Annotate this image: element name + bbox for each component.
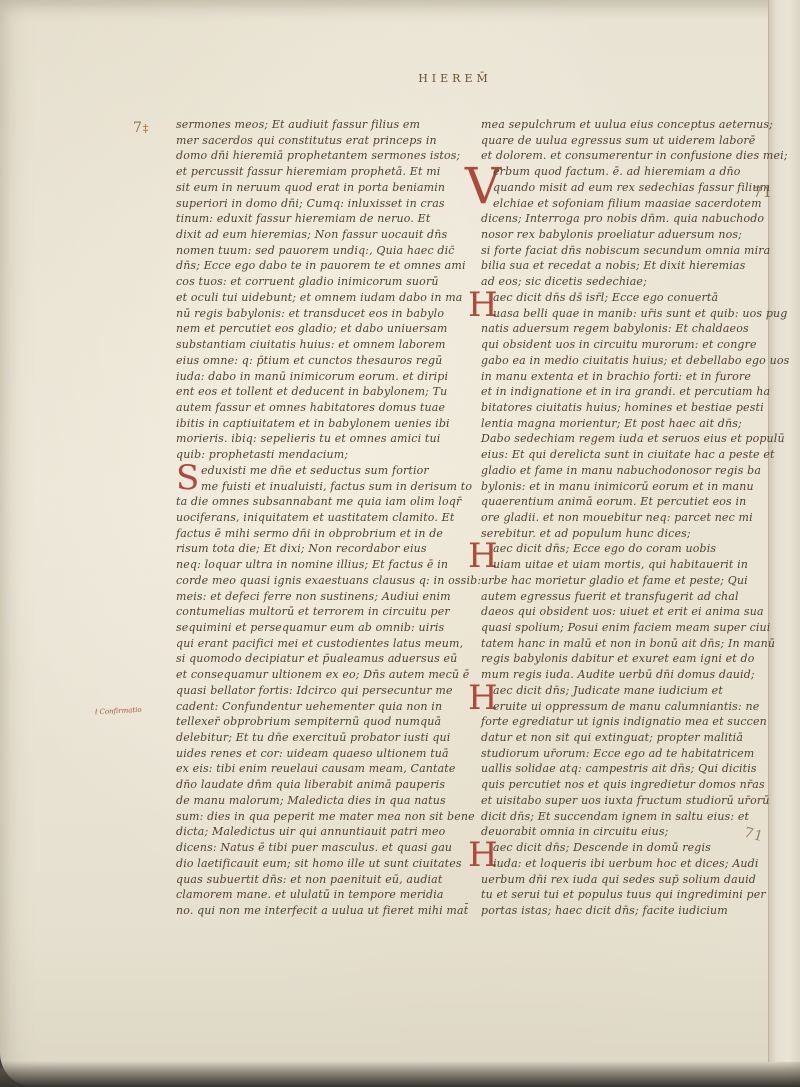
text-line: erbum quod factum. ē. ad hieremiam a dn̄…	[481, 164, 769, 180]
text-line: quare de uulua egressus sum ut uiderem l…	[481, 133, 769, 149]
quire-number: 7	[133, 120, 142, 136]
text-line: dicens: Natus ē tibi puer masculus. et q…	[176, 840, 463, 856]
text-line: autem fassur et omnes habitatores domus …	[176, 400, 463, 416]
text-line: uerbum dn̄i rex iuda qui sedes sup̄ soli…	[481, 872, 769, 888]
text-line: ibitis in captiuitatem et in babylonem u…	[176, 416, 463, 432]
text-line: no. qui non me interfecit a uulua ut fie…	[176, 903, 463, 919]
text-line: natis aduersum regem babylonis: Et chald…	[481, 321, 769, 337]
text-line: quando misit ad eum rex sedechias fassur…	[481, 180, 769, 196]
text-line: nem et percutiet eos gladio; et dabo uni…	[176, 321, 463, 337]
text-line: bilia sua et recedat a nobis; Et dixit h…	[481, 258, 769, 274]
illuminated-initial: H	[468, 290, 489, 321]
text-line: et percussit fassur hieremiam prophetā. …	[176, 164, 463, 180]
paragraph: Seduxisti me dn̄e et seductus sum fortio…	[176, 463, 463, 919]
running-title: HIEREM̄	[400, 72, 510, 85]
text-line: morieris. ibiq: sepelieris tu et omnes a…	[176, 431, 463, 447]
text-line: uides renes et cor: uideam quaeso ultion…	[176, 746, 463, 762]
text-line: portas istas; haec dicit dn̄s; facite iu…	[481, 903, 769, 919]
text-line: lentia magna morientur; Et post haec ait…	[481, 416, 769, 432]
text-line: serebitur. et ad populum hunc dices;	[481, 526, 769, 542]
text-line: corde meo quasi ignis exaestuans clausus…	[176, 573, 463, 589]
illuminated-initial: H	[468, 541, 489, 572]
text-line: et consequamur ultionem ex eo; Dn̄s aute…	[176, 667, 463, 683]
text-line: uiam uitae et uiam mortis, qui habitauer…	[481, 557, 769, 573]
text-line: qui erant pacifici mei et custodientes l…	[176, 636, 463, 652]
text-line: si forte faciat dn̄s nobiscum secundum o…	[481, 243, 769, 259]
text-line: et uisitabo super uos iuxta fructum stud…	[481, 793, 769, 809]
text-line: studiorum ur̄orum: Ecce ego ad te habita…	[481, 746, 769, 762]
text-line: regis babylonis dabitur et exuret eam ig…	[481, 651, 769, 667]
text-line: dio laetificauit eum; sit homo ille ut s…	[176, 856, 463, 872]
text-column-right: mea sepulchrum et uulua eius conceptus a…	[481, 117, 769, 919]
paragraph: sermones meos; Et audiuit fassur filius …	[176, 117, 463, 463]
paragraph: Haec dicit dn̄s; Judicate mane iudicium …	[481, 683, 769, 840]
text-line: quasi bellator fortis: Idcirco qui perse…	[176, 683, 463, 699]
text-line: dicit dn̄s; Et succendam ignem in saltu …	[481, 809, 769, 825]
text-line: et dolorem. et consumerentur in confusio…	[481, 148, 769, 164]
text-line: aec dicit dn̄s ds̄ isr̄l; Ecce ego conue…	[481, 290, 769, 306]
text-line: elchiae et sofoniam filium maasiae sacer…	[481, 196, 769, 212]
text-line: deuorabit omnia in circuitu eius;	[481, 824, 769, 840]
text-line: cos tuos: et corruent gladio inimicorum …	[176, 274, 463, 290]
text-line: ex eis: tibi enim reuelaui causam meam, …	[176, 761, 463, 777]
text-line: iuda: dabo in manū inimicorum eorum. et …	[176, 369, 463, 385]
text-line: meis: et defeci ferre non sustinens; Aud…	[176, 589, 463, 605]
text-line: quib: prophetasti mendacium;	[176, 447, 463, 463]
text-line: gladio et fame in manu nabuchodonosor re…	[481, 463, 769, 479]
text-line: aec dicit dn̄s; Descende in domū regis	[481, 840, 769, 856]
text-line: superiori in domo dn̄i; Cumq: inluxisset…	[176, 196, 463, 212]
paragraph: Verbum quod factum. ē. ad hieremiam a dn…	[481, 164, 769, 290]
text-line: ta die omnes subsannabant me quia iam ol…	[176, 494, 463, 510]
margin-note: ł Confirmatio	[95, 706, 142, 716]
text-line: de manu malorum; Maledicta dies in qua n…	[176, 793, 463, 809]
text-line: in manu extenta et in brachio forti: et …	[481, 369, 769, 385]
text-line: mum regis iuda. Audite uerbū dn̄i domus …	[481, 667, 769, 683]
text-line: me fuisti et inualuisti, factus sum in d…	[176, 479, 463, 495]
text-line: urbe hac morietur gladio et fame et pest…	[481, 573, 769, 589]
text-line: domo dn̄i hieremiā prophetantem sermones…	[176, 148, 463, 164]
text-line: forte egrediatur ut ignis indignatio mea…	[481, 714, 769, 730]
text-line: quas subuertit dn̄s: et non paenituit eū…	[176, 872, 463, 888]
text-line: et oculi tui uidebunt; et omnem iudam da…	[176, 290, 463, 306]
illuminated-initial: V	[465, 164, 489, 211]
text-line: uasa belli quae in manib: ur̄is sunt et …	[481, 306, 769, 322]
text-line: bitatores ciuitatis huius; homines et be…	[481, 400, 769, 416]
text-line: factus ē mihi sermo dn̄i in obprobrium e…	[176, 526, 463, 542]
text-line: dn̄s; Ecce ego dabo te in pauorem te et …	[176, 258, 463, 274]
text-line: sequimini et persequamur eum ab omnib: u…	[176, 620, 463, 636]
text-line: dn̄o laudate dn̄m quia liberabit animā p…	[176, 777, 463, 793]
text-line: nomen tuum: sed pauorem undiq:, Quia hae…	[176, 243, 463, 259]
text-line: sit eum in neruum quod erat in porta ben…	[176, 180, 463, 196]
text-line: dicens; Interroga pro nobis dn̄m. quia n…	[481, 211, 769, 227]
text-line: nosor rex babylonis proeliatur aduersum …	[481, 227, 769, 243]
text-line: gabo ea in medio ciuitatis huius; et deb…	[481, 353, 769, 369]
illuminated-initial: S	[176, 463, 197, 494]
text-line: delebitur; Et tu dn̄e exercituū probator…	[176, 730, 463, 746]
manuscript-page: HIEREM̄ 7‡ ł Confirmatio 71 71 sermones …	[0, 0, 800, 1087]
text-line: quaerentium animā eorum. Et percutiet eo…	[481, 494, 769, 510]
text-line: eduxisti me dn̄e et seductus sum fortior	[176, 463, 463, 479]
paragraph: mea sepulchrum et uulua eius conceptus a…	[481, 117, 769, 164]
text-line: eruite ui oppressum de manu calumniantis…	[481, 699, 769, 715]
paragraph-ornament-icon: ‡	[143, 122, 149, 135]
text-line: mea sepulchrum et uulua eius conceptus a…	[481, 117, 769, 133]
text-line: autem egressus fuerit et transfugerit ad…	[481, 589, 769, 605]
text-line: quasi spolium; Posui enim faciem meam su…	[481, 620, 769, 636]
text-line: clamorem mane. et ululatū in tempore mer…	[176, 887, 463, 903]
paragraph: Haec dicit dn̄s ds̄ isr̄l; Ecce ego conu…	[481, 290, 769, 542]
text-line: contumelias multorū et terrorem in circu…	[176, 604, 463, 620]
text-line: sermones meos; Et audiuit fassur filius …	[176, 117, 463, 133]
text-line: tu et serui tui et populus tuus qui ingr…	[481, 887, 769, 903]
text-line: et in indignatione et in ira grandi. et …	[481, 384, 769, 400]
page-bottom-edge	[0, 1061, 800, 1087]
text-line: dixit ad eum hieremias; Non fassur uocau…	[176, 227, 463, 243]
text-line: sum: dies in qua peperit me mater mea no…	[176, 809, 463, 825]
text-line: qui obsident uos in circuitu murorum: et…	[481, 337, 769, 353]
text-line: ore gladii. et non mouebitur neq: parcet…	[481, 510, 769, 526]
text-line: tellexer̄ obprobrium sempiternū quod num…	[176, 714, 463, 730]
text-line: nū regis babylonis: et transducet eos in…	[176, 306, 463, 322]
illuminated-initial: H	[468, 683, 489, 714]
text-line: ad eos; sic dicetis sedechiae;	[481, 274, 769, 290]
text-line: dicta; Maledictus uir qui annuntiauit pa…	[176, 824, 463, 840]
illuminated-initial: H	[468, 840, 489, 871]
text-line: neq: loquar ultra in nomine illius; Et f…	[176, 557, 463, 573]
text-line: aec dicit dn̄s; Judicate mane iudicium e…	[481, 683, 769, 699]
text-line: iuda: et loqueris ibi uerbum hoc et dice…	[481, 856, 769, 872]
text-line: datur et non sit qui extinguat; propter …	[481, 730, 769, 746]
text-line: uallis solidae atq: campestris ait dn̄s;…	[481, 761, 769, 777]
text-line: mer sacerdos qui constitutus erat prince…	[176, 133, 463, 149]
text-line: Dabo sedechiam regem iuda et seruos eius…	[481, 431, 769, 447]
text-line: eius omne: q: p̄tium et cunctos thesauro…	[176, 353, 463, 369]
paragraph: Haec dicit dn̄s; Descende in domū regisi…	[481, 840, 769, 919]
text-line: si quomodo decipiatur et p̄ualeamus adue…	[176, 651, 463, 667]
paragraph: Haec dicit dn̄s; Ecce ego do coram uobis…	[481, 541, 769, 682]
text-line: risum tota die; Et dixi; Non recordabor …	[176, 541, 463, 557]
text-line: eius: Et qui derelicta sunt in ciuitate …	[481, 447, 769, 463]
text-line: tatem hanc in malū et non in bonū ait dn…	[481, 636, 769, 652]
text-line: ent eos et tollent et deducent in babylo…	[176, 384, 463, 400]
text-line: cadent: Confundentur uehementer quia non…	[176, 699, 463, 715]
text-column-left: sermones meos; Et audiuit fassur filius …	[176, 117, 463, 919]
quire-mark-left: 7‡	[133, 120, 148, 136]
text-line: bylonis: et in manu inimicorū eorum et i…	[481, 479, 769, 495]
text-line: daeos qui obsident uos: uiuet et erit ei…	[481, 604, 769, 620]
text-line: quis percutiet nos et quis ingredietur d…	[481, 777, 769, 793]
text-line: aec dicit dn̄s; Ecce ego do coram uobis	[481, 541, 769, 557]
text-line: tinum: eduxit fassur hieremiam de neruo.…	[176, 211, 463, 227]
text-line: uociferans, iniquitatem et uastitatem cl…	[176, 510, 463, 526]
text-line: substantiam ciuitatis huius: et omnem la…	[176, 337, 463, 353]
